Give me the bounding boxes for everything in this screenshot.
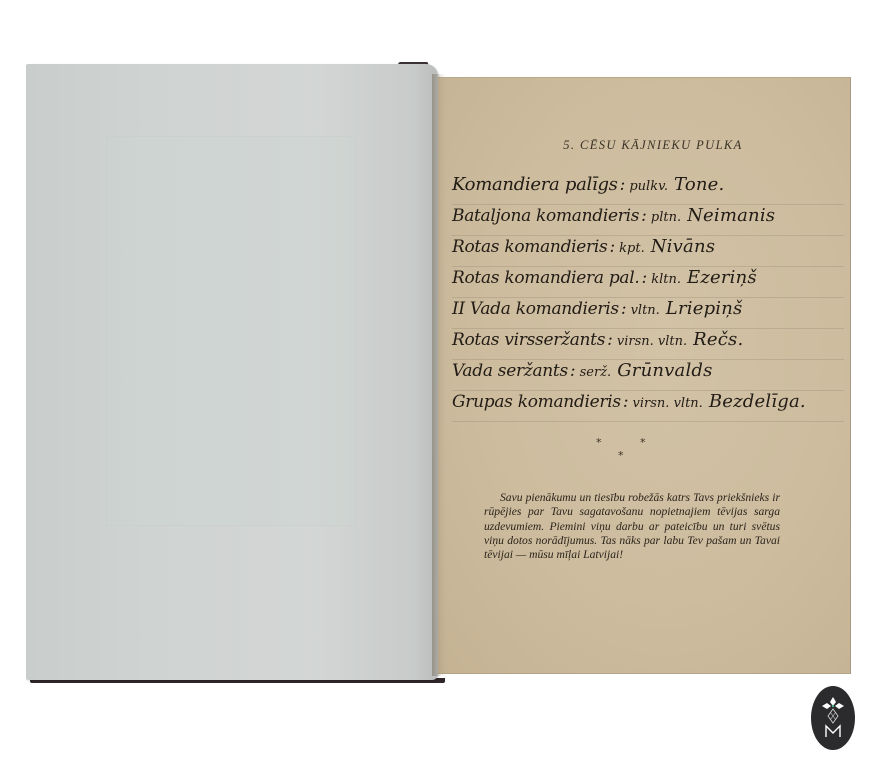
watermark-logo	[811, 686, 855, 750]
roster-row: Rotas virsseržants: virsn. vltn. Rečs.	[452, 329, 844, 360]
roster-name: Ezeriņš	[687, 267, 757, 288]
roster-row: Grupas komandieris: virsn. vltn. Bezdelī…	[452, 391, 844, 422]
roster-role: Bataljona komandieris	[452, 206, 639, 226]
roster-row: Bataljona komandieris: pltn. Neimanis	[452, 205, 844, 236]
roster-colon: :	[607, 330, 613, 350]
open-book: 5. CĒSU KĀJNIEKU PULKA Komandiera palīgs…	[0, 0, 871, 768]
roster-role: Grupas komandieris	[452, 392, 621, 412]
chapter-heading: 5. CĒSU KĀJNIEKU PULKA	[523, 138, 783, 153]
asterisk-icon: *	[596, 436, 602, 449]
left-page-faint-frame	[106, 136, 356, 526]
roster-name: Lriepiņš	[666, 298, 743, 319]
roster-colon: :	[621, 299, 627, 319]
roster-colon: :	[641, 206, 647, 226]
roster-row: Rotas komandiera pal.: kltn. Ezeriņš	[452, 267, 844, 298]
roster-rank: virsn. vltn.	[633, 396, 703, 411]
roster-row: Komandiera palīgs: pulkv. Tone.	[452, 174, 844, 205]
right-page: 5. CĒSU KĀJNIEKU PULKA Komandiera palīgs…	[438, 77, 851, 674]
section-separator: * * *	[588, 434, 668, 464]
asterisk-icon: *	[640, 436, 646, 449]
roster-row: Vada seržants: serž. Grūnvalds	[452, 360, 844, 391]
roster-rank: vltn.	[631, 303, 660, 318]
roster-role: Vada seržants	[452, 361, 568, 381]
roster-colon: :	[620, 175, 626, 195]
asterisk-icon: *	[618, 449, 624, 462]
roster-rank: pulkv.	[629, 179, 668, 194]
roster-rank: kpt.	[619, 241, 645, 256]
roster-colon: :	[623, 392, 629, 412]
left-page	[26, 64, 438, 680]
roster-name: Neimanis	[687, 205, 775, 226]
closing-paragraph: Savu pienākumu un tiesību robežās katrs …	[484, 491, 780, 562]
roster-row: Rotas komandieris: kpt. Nivāns	[452, 236, 844, 267]
roster-role: II Vada komandieris	[452, 299, 619, 319]
roster-row: II Vada komandieris: vltn. Lriepiņš	[452, 298, 844, 329]
roster-name: Tone.	[674, 174, 724, 195]
roster-role: Komandiera palīgs	[452, 174, 618, 195]
roster-name: Grūnvalds	[617, 360, 712, 381]
roster-rank: virsn. vltn.	[617, 334, 687, 349]
roster-colon: :	[641, 268, 647, 288]
roster-name: Nivāns	[651, 236, 715, 257]
roster-colon: :	[570, 361, 576, 381]
roster-name: Bezdelīga.	[709, 391, 806, 412]
roster-role: Rotas komandieris	[452, 237, 607, 257]
roster-name: Rečs.	[693, 329, 743, 350]
roster-rank: pltn.	[651, 210, 681, 225]
roster-rank: kltn.	[651, 272, 681, 287]
roster-role: Rotas virsseržants	[452, 330, 605, 350]
roster-role: Rotas komandiera pal.	[452, 268, 639, 288]
diamond-flower-m-logo-icon	[818, 693, 848, 743]
roster-colon: :	[609, 237, 615, 257]
handwritten-roster: Komandiera palīgs: pulkv. Tone. Bataljon…	[452, 174, 844, 422]
book-gutter-shadow	[432, 74, 446, 676]
roster-rank: serž.	[580, 365, 612, 380]
